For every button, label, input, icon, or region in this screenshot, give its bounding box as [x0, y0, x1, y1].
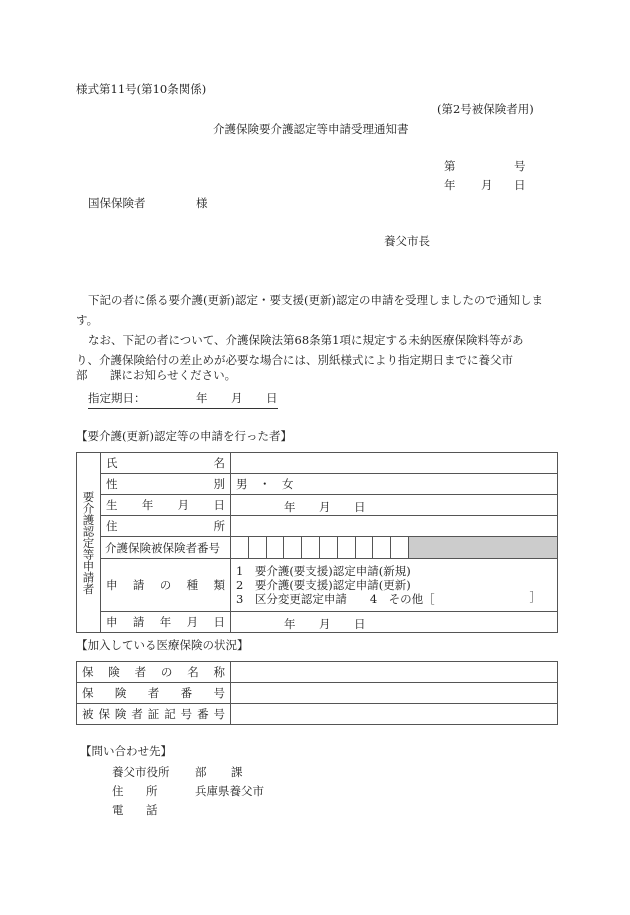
deadline-year: 年 [196, 393, 208, 405]
doc-number-prefix: 第 [444, 161, 456, 173]
contact-section: 課 [231, 767, 243, 779]
digit-cell[interactable] [356, 537, 374, 558]
application-date-label: 申請年月日 [106, 614, 225, 630]
digit-cell[interactable] [373, 537, 391, 558]
row-application-date: 申請年月日 年 月 日 [77, 612, 558, 633]
row-application-type: 申請の種類 1 要介護(要支援)認定申請(新規) 2 要介護(要支援)認定申請(… [77, 559, 558, 612]
digit-cell[interactable] [231, 537, 249, 558]
document-title: 介護保険要介護認定等申請受理通知書 [213, 124, 409, 136]
option-change-other[interactable]: 3 区分変更認定申請 4 その他［ [236, 592, 552, 606]
card-symbol-number-label: 被保険者証記号番号 [82, 706, 225, 722]
contact-address-label-1: 住 [112, 786, 124, 798]
digit-cell[interactable] [284, 537, 302, 558]
row-address: 住所 [77, 516, 558, 537]
digit-cell[interactable] [391, 537, 409, 558]
sex-label: 性別 [106, 476, 225, 492]
target-note: (第2号被保険者用) [437, 104, 534, 116]
row-insured-number: 介護保険被保険者番号 [77, 537, 558, 559]
name-label: 氏名 [106, 455, 225, 471]
row-insurer-name: 保険者の名称 [77, 662, 558, 683]
digit-cell[interactable] [320, 537, 338, 558]
shaded-area [409, 537, 557, 558]
notice-paragraph-1: 下記の者に係る要介護(更新)認定・要支援(更新)認定の申請を受理しましたので通知… [76, 290, 558, 330]
notice-dept: 部 [76, 370, 88, 382]
row-name: 要介護認定等申請者 氏名 [77, 453, 558, 474]
deadline-line: 指定期日： 年 月 日 [88, 393, 278, 409]
applicant-side-label: 要介護認定等申請者 [77, 453, 101, 633]
applicant-table: 要介護認定等申請者 氏名 性別 男 ・ 女 生年月日 年 月 日 住所 介護保険… [76, 452, 558, 633]
doc-number-suffix: 号 [514, 161, 526, 173]
application-type-label: 申請の種類 [106, 577, 225, 593]
deadline-month: 月 [231, 393, 243, 405]
notice-section-text: 課にお知らせください。 [110, 370, 236, 382]
insurance-section-heading: 【加入している医療保険の状況】 [76, 640, 249, 652]
insurer-number-field[interactable] [231, 683, 558, 704]
notice-paragraph-2: なお、下記の者について、介護保険法第68条第1項に規定する未納医療保険料等があり… [76, 330, 546, 370]
address-label: 住所 [106, 518, 225, 534]
insurer-number-label: 保険者番号 [82, 685, 225, 701]
contact-dept: 部 [195, 767, 207, 779]
contact-address-label-2: 所 [146, 786, 158, 798]
digit-cell[interactable] [249, 537, 267, 558]
digit-cell[interactable] [338, 537, 356, 558]
option-renewal[interactable]: 2 要介護(要支援)認定申請(更新) [236, 578, 552, 592]
card-symbol-number-field[interactable] [231, 704, 558, 725]
name-field[interactable] [231, 453, 558, 474]
application-date-field[interactable]: 年 月 日 [231, 612, 558, 633]
issue-date-year: 年 [444, 180, 456, 192]
insurance-table: 保険者の名称 保険者番号 被保険者証記号番号 [76, 661, 558, 725]
honorific: 様 [196, 198, 208, 210]
digit-cell[interactable] [267, 537, 285, 558]
application-type-field[interactable]: 1 要介護(要支援)認定申請(新規) 2 要介護(要支援)認定申請(更新) 3 … [231, 559, 558, 612]
applicant-section-heading: 【要介護(更新)認定等の申請を行った者】 [76, 431, 292, 443]
contact-office: 養父市役所 [112, 767, 170, 779]
contact-phone-label-2: 話 [146, 805, 158, 817]
contact-phone-label-1: 電 [112, 805, 124, 817]
sender: 養父市長 [384, 236, 430, 248]
insured-number-label: 介護保険被保険者番号 [101, 537, 231, 559]
deadline-label: 指定期日： [88, 391, 146, 405]
option-new[interactable]: 1 要介護(要支援)認定申請(新規) [236, 564, 552, 578]
row-card-symbol-number: 被保険者証記号番号 [77, 704, 558, 725]
insured-number-field[interactable] [231, 537, 558, 559]
row-insurer-number: 保険者番号 [77, 683, 558, 704]
birthdate-label: 生年月日 [106, 497, 225, 513]
digit-cell[interactable] [302, 537, 320, 558]
issue-date-month: 月 [481, 180, 493, 192]
other-bracket-close: ］ [530, 589, 542, 605]
row-birthdate: 生年月日 年 月 日 [77, 495, 558, 516]
addressee: 国保保険者 [88, 198, 146, 210]
issue-date-day: 日 [514, 180, 526, 192]
insurer-name-field[interactable] [231, 662, 558, 683]
birthdate-field[interactable]: 年 月 日 [231, 495, 558, 516]
address-field[interactable] [231, 516, 558, 537]
insurer-name-label: 保険者の名称 [82, 664, 225, 680]
row-sex: 性別 男 ・ 女 [77, 474, 558, 495]
sex-field[interactable]: 男 ・ 女 [231, 474, 558, 495]
deadline-day: 日 [266, 393, 278, 405]
contact-address-value: 兵庫県養父市 [195, 786, 264, 798]
contact-heading: 【問い合わせ先】 [80, 746, 172, 758]
form-number: 様式第11号(第10条関係) [76, 84, 206, 96]
